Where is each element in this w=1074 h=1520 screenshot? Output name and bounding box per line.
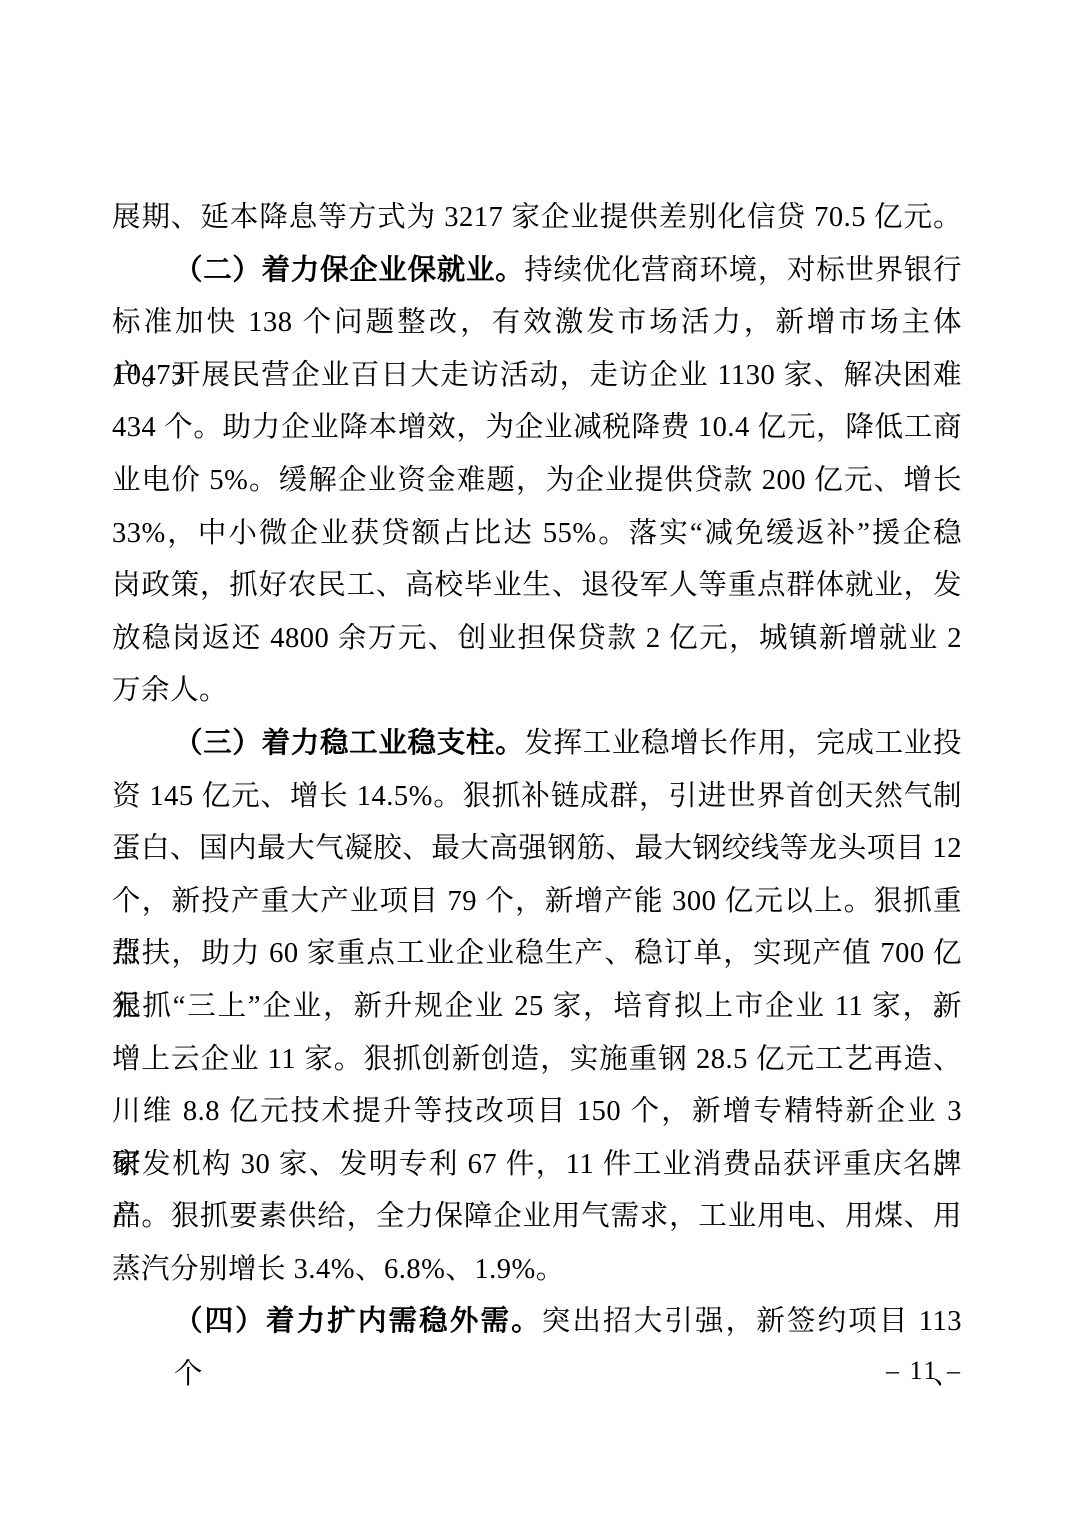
body-text: 业电价 5%。缓解企业资金难题，为企业提供贷款 200 亿元、增长 — [112, 465, 962, 496]
text-line: 户。开展民营企业百日大走访活动，走访企业 1130 家、解决困难 — [112, 350, 962, 403]
text-line: 33%，中小微企业获贷额占比达 55%。落实“减免缓返补”援企稳 — [112, 508, 962, 561]
body-text: 户。开展民营企业百日大走访活动，走访企业 1130 家、解决困难 — [112, 360, 962, 391]
text-line: 业电价 5%。缓解企业资金难题，为企业提供贷款 200 亿元、增长 — [112, 455, 962, 508]
page-number: – 11 – — [112, 1356, 962, 1386]
text-line: 研发机构 30 家、发明专利 67 件，11 件工业消费品获评重庆名牌产 — [112, 1139, 962, 1192]
text-line: 蛋白、国内最大气凝胶、最大高强钢筋、最大钢绞线等龙头项目 12 — [112, 823, 962, 876]
text-line: 放稳岗返还 4800 余万元、创业担保贷款 2 亿元，城镇新增就业 2 — [112, 613, 962, 666]
text-line: （二）着力保企业保就业。持续优化营商环境，对标世界银行 — [112, 245, 962, 298]
body-text: 狠抓“三上”企业，新升规企业 25 家，培育拟上市企业 11 家，新 — [112, 991, 962, 1022]
body-text: 资 145 亿元、增长 14.5%。狠抓补链成群，引进世界首创天然气制 — [112, 781, 962, 812]
body-text: 蒸汽分别增长 3.4%、6.8%、1.9%。 — [112, 1254, 565, 1285]
text-line: 增上云企业 11 家。狠抓创新创造，实施重钢 28.5 亿元工艺再造、 — [112, 1034, 962, 1087]
text-line: 蒸汽分别增长 3.4%、6.8%、1.9%。 — [112, 1244, 962, 1297]
section-heading: （四）着力扩内需稳外需。 — [174, 1306, 542, 1337]
text-line: 狠抓“三上”企业，新升规企业 25 家，培育拟上市企业 11 家，新 — [112, 981, 962, 1034]
body-text: 增上云企业 11 家。狠抓创新创造，实施重钢 28.5 亿元工艺再造、 — [112, 1044, 962, 1075]
text-line: 岗政策，抓好农民工、高校毕业生、退役军人等重点群体就业，发 — [112, 560, 962, 613]
text-line: 资 145 亿元、增长 14.5%。狠抓补链成群，引进世界首创天然气制 — [112, 771, 962, 824]
body-text: 434 个。助力企业降本增效，为企业减税降费 10.4 亿元，降低工商 — [112, 412, 962, 443]
body-text: 33%，中小微企业获贷额占比达 55%。落实“减免缓返补”援企稳 — [112, 518, 962, 549]
section-heading: （三）着力稳工业稳支柱。 — [174, 728, 524, 759]
body-text: 持续优化营商环境，对标世界银行 — [524, 255, 962, 286]
text-line: 标准加快 138 个问题整改，有效激发市场活力，新增市场主体 10473 — [112, 297, 962, 350]
body-text: 岗政策，抓好农民工、高校毕业生、退役军人等重点群体就业，发 — [112, 570, 962, 601]
section-heading: （二）着力保企业保就业。 — [174, 255, 524, 286]
document-page: 展期、延本降息等方式为 3217 家企业提供差别化信贷 70.5 亿元。（二）着… — [0, 0, 1074, 1520]
text-line: 品。狠抓要素供给，全力保障企业用气需求，工业用电、用煤、用 — [112, 1191, 962, 1244]
body-text: 放稳岗返还 4800 余万元、创业担保贷款 2 亿元，城镇新增就业 2 — [112, 623, 962, 654]
text-line: 434 个。助力企业降本增效，为企业减税降费 10.4 亿元，降低工商 — [112, 402, 962, 455]
body-text: 品。狠抓要素供给，全力保障企业用气需求，工业用电、用煤、用 — [112, 1201, 962, 1232]
text-line: 个，新投产重大产业项目 79 个，新增产能 300 亿元以上。狠抓重点 — [112, 876, 962, 929]
text-line: 川维 8.8 亿元技术提升等技改项目 150 个，新增专精特新企业 3 家、 — [112, 1086, 962, 1139]
document-body: 展期、延本降息等方式为 3217 家企业提供差别化信贷 70.5 亿元。（二）着… — [112, 192, 962, 1349]
body-text: 展期、延本降息等方式为 3217 家企业提供差别化信贷 70.5 亿元。 — [112, 202, 962, 233]
text-line: （四）着力扩内需稳外需。突出招大引强，新签约项目 113 个、 — [112, 1296, 962, 1349]
body-text: 万余人。 — [112, 675, 228, 706]
text-line: 展期、延本降息等方式为 3217 家企业提供差别化信贷 70.5 亿元。 — [112, 192, 962, 245]
body-text: 蛋白、国内最大气凝胶、最大高强钢筋、最大钢绞线等龙头项目 12 — [112, 833, 962, 864]
text-line: （三）着力稳工业稳支柱。发挥工业稳增长作用，完成工业投 — [112, 718, 962, 771]
text-line: 帮扶，助力 60 家重点工业企业稳生产、稳订单，实现产值 700 亿元。 — [112, 928, 962, 981]
text-line: 万余人。 — [112, 665, 962, 718]
body-text: 发挥工业稳增长作用，完成工业投 — [524, 728, 962, 759]
